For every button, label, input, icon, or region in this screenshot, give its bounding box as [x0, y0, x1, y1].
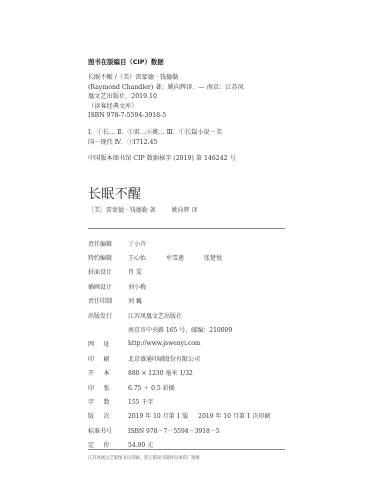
cip-class-line: Ⅰ．①长… Ⅱ．①雷…②姚… Ⅲ．①长篇小说－美 — [88, 128, 222, 138]
divider-bottom — [88, 449, 285, 450]
book-title: 长眠不醒 — [88, 183, 141, 202]
publisher-website-link[interactable]: http://www.jswenyi.com — [128, 340, 201, 347]
credit-row: 责任印制 刘 巍 — [88, 294, 271, 308]
credits-table: 责任编辑 丁小卉 特约编辑 王心怡 牟雪莲 张楚悦 封面设计 肖 雯 插画设计 … — [88, 236, 271, 452]
isbn: ISBN 978－7－5594－3918－5 — [128, 426, 220, 435]
credit-label: 开本 — [88, 368, 128, 377]
publisher-name: 江苏凤凰文艺出版社 — [128, 311, 182, 320]
byline: ［美］雷蒙德 · 钱德勒 著 姚向辉 译 — [88, 205, 197, 214]
price: 54.90 元 — [128, 440, 153, 449]
credit-label: 印刷 — [88, 354, 128, 363]
cip-isbn: ISBN 978-7-5594-3918-5 — [88, 111, 244, 121]
credit-row: 插画设计 刘小梅 — [88, 279, 271, 293]
cip-catalog-number: 中国版本图书馆 CIP 数据核字 (2019) 第 146242 号 — [88, 153, 236, 162]
credit-label: 插画设计 — [88, 282, 128, 291]
credit-row: 责任编辑 丁小卉 — [88, 236, 271, 250]
cip-line: 凰文艺出版社，2019.10 — [88, 92, 244, 102]
credit-row: 标准书号 ISBN 978－7－5594－3918－5 — [88, 423, 271, 437]
credit-row: 南京市中央路 165 号，邮编：210009 — [88, 322, 271, 336]
credit-value: 肖 雯 — [128, 267, 142, 276]
credit-label: 印张 — [88, 383, 128, 392]
format: 880 × 1230 毫米 1/32 — [128, 368, 193, 377]
author: ［美］雷蒙德 · 钱德勒 著 — [88, 207, 156, 214]
credit-label: 定价 — [88, 440, 128, 449]
credit-label: 出版发行 — [88, 311, 128, 320]
edition: 2019 年 10 月第 1 版 — [128, 411, 188, 420]
credit-row: 版次 2019 年 10 月第 1 版 2019 年 10 月第 1 次印刷 — [88, 409, 271, 423]
credit-label: 版次 — [88, 411, 128, 420]
cip-line: 长眠不醒 /（美）雷蒙德 · 钱德勒 — [88, 73, 244, 83]
cip-line: （读客经典文库） — [88, 102, 244, 112]
cip-classification: Ⅰ．①长… Ⅱ．①雷…②姚… Ⅲ．①长篇小说－美 国－现代 Ⅳ．①I712.45 — [88, 128, 222, 147]
publisher-address: 南京市中央路 165 号，邮编：210009 — [128, 325, 232, 334]
credit-value: 张楚悦 — [204, 253, 222, 262]
credit-row: 开本 880 × 1230 毫米 1/32 — [88, 366, 271, 380]
credit-row: 特约编辑 王心怡 牟雪莲 张楚悦 — [88, 250, 271, 264]
credit-label: 封面设计 — [88, 267, 128, 276]
credit-value: 牟雪莲 — [166, 253, 184, 262]
credit-row: 印刷 北京盛通印刷股份有限公司 — [88, 351, 271, 365]
divider-top — [88, 228, 285, 229]
credit-label: 责任编辑 — [88, 239, 128, 248]
credit-row: 印张 6.75 ＋ 0.5 彩插 — [88, 380, 271, 394]
printing: 2019 年 10 月第 1 次印刷 — [198, 411, 270, 420]
cip-class-line: 国－现代 Ⅳ．①I712.45 — [88, 138, 222, 148]
credit-row: 封面设计 肖 雯 — [88, 265, 271, 279]
credit-value: 王心怡 — [128, 253, 146, 262]
credit-value: 刘小梅 — [128, 282, 146, 291]
credit-label: 字数 — [88, 397, 128, 406]
credit-row: 出版发行 江苏凤凰文艺出版社 — [88, 308, 271, 322]
credit-label: 特约编辑 — [88, 253, 128, 262]
translator: 姚向辉 译 — [172, 207, 198, 214]
credit-label: 标准书号 — [88, 426, 128, 435]
credit-value: 丁小卉 — [128, 239, 146, 248]
cip-line: (Raymond Chandler) 著；姚向辉译．— 南京：江苏凤 — [88, 83, 244, 93]
word-count: 155 千字 — [128, 397, 153, 406]
credit-label: 责任印制 — [88, 296, 128, 305]
printed-sheets: 6.75 ＋ 0.5 彩插 — [128, 383, 175, 392]
footer-note: 江苏凤凰文艺版图书凡印刷、装订错误可随时向承印厂调换 — [88, 455, 200, 461]
printer: 北京盛通印刷股份有限公司 — [128, 354, 200, 363]
cip-heading: 图书在版编目（CIP）数据 — [88, 57, 164, 66]
credit-label: 网址 — [88, 339, 128, 348]
credit-row: 网址 http://www.jswenyi.com — [88, 337, 271, 351]
cip-record: 长眠不醒 /（美）雷蒙德 · 钱德勒 (Raymond Chandler) 著；… — [88, 73, 244, 121]
credit-row: 字数 155 千字 — [88, 394, 271, 408]
credit-value: 刘 巍 — [128, 296, 142, 305]
